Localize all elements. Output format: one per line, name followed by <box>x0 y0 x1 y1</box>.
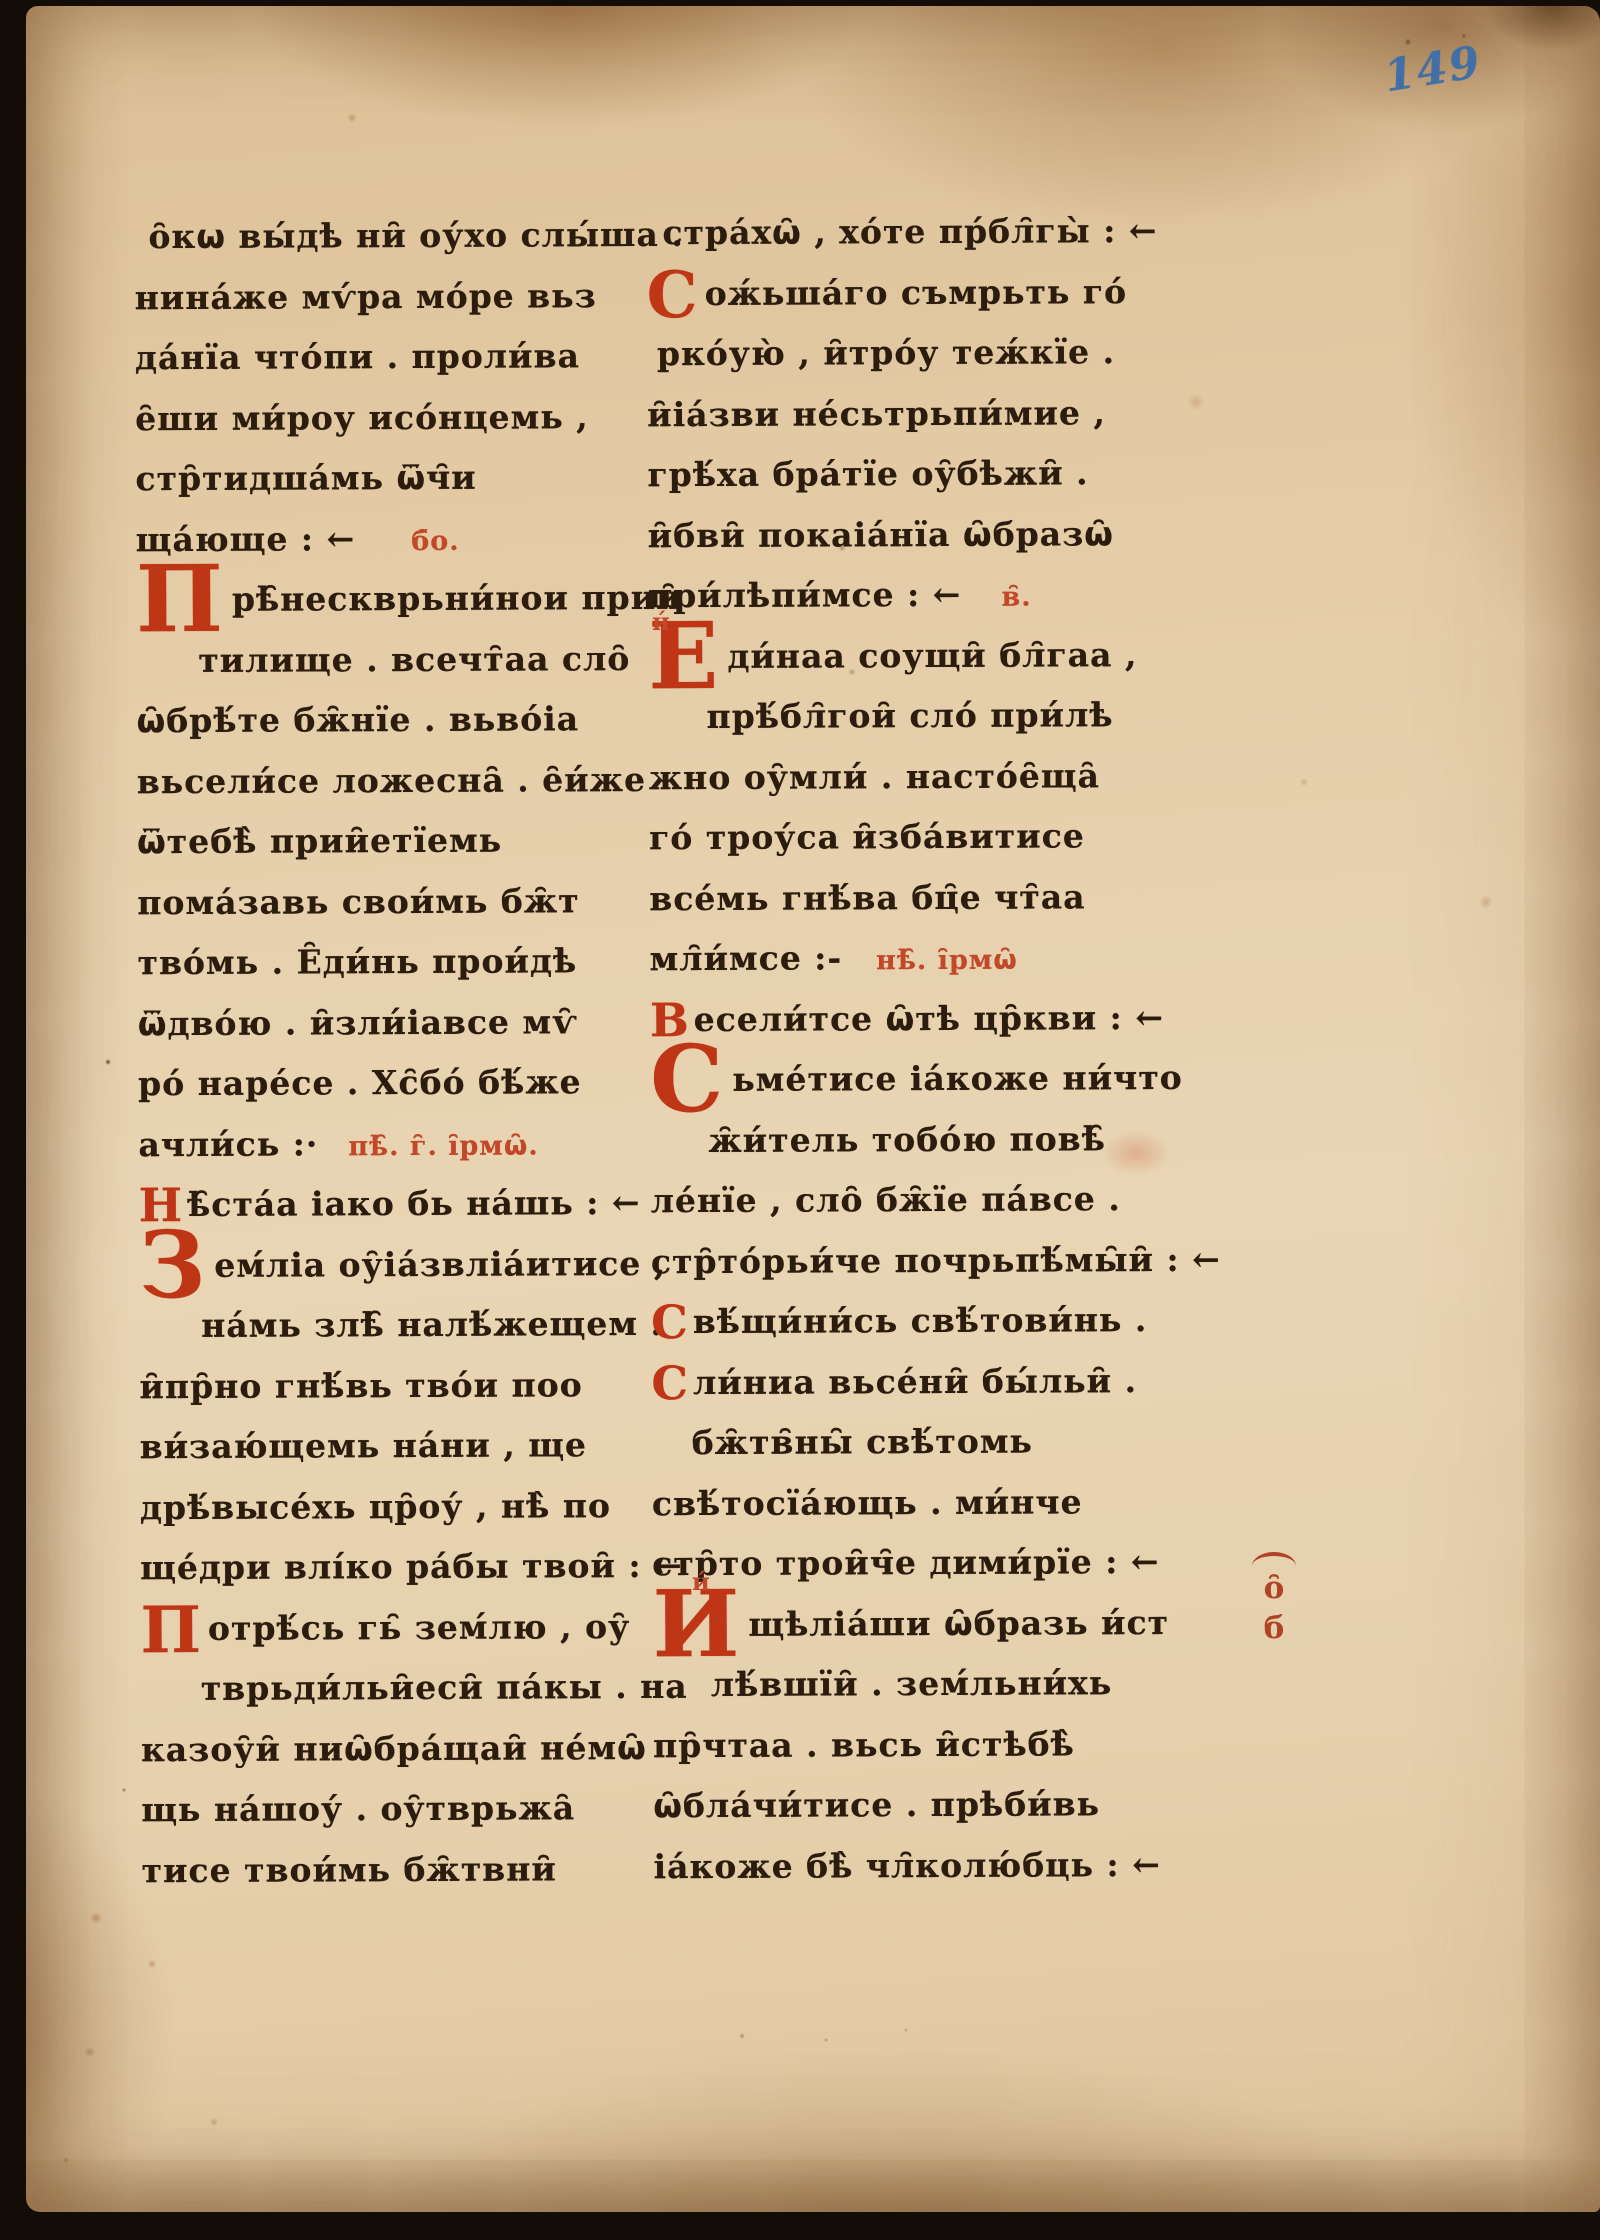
text-run: есели́тсе ѡ̑тѣ цр̑кви : ← <box>694 998 1164 1039</box>
manuscript-line: щь на́шоу́ . оу̑тврьжа̑ <box>141 1778 691 1841</box>
manuscript-line: пома́завь свои́мь бж̑т <box>137 870 687 933</box>
manuscript-line: нина́же мѵ́ра мо́ре вьз <box>135 265 685 328</box>
text-column-left: о̑кѡ вы́дѣ ни̑ оу́хо слы́ша .нина́же мѵ́… <box>134 205 691 1901</box>
manuscript-line: мл̑и́мсе :-нѣ̑. і̑рмѡ̑ <box>649 927 1219 990</box>
text-run: ж̑и́тель тобо́ю повѣ̑ <box>708 1119 1106 1160</box>
text-run: вѣ́щи́ни́сь свѣ́тови́нь . <box>693 1300 1148 1341</box>
manuscript-line: ле́нїе , сло̑ бж̑їе па́все . <box>651 1169 1221 1232</box>
text-run: свѣ́тосїа́ющь . ми́нче <box>652 1482 1083 1523</box>
text-run: и̑іа́зви не́сьтрьпи́мие , <box>647 393 1106 434</box>
manuscript-line: Еди́наа соущи̑ бл̑гаа , <box>648 624 1218 687</box>
manuscript-line: рко́ую̀ , и̑тро́у теж́кїе . <box>647 322 1217 385</box>
manuscript-line: ж̑и́тель тобо́ю повѣ̑ <box>650 1108 1220 1171</box>
manuscript-line: и̑бви̑ покаіа́нїа ѡ̑бразѡ̑ <box>648 503 1218 566</box>
text-run: вьсели́се ложесна̑ . е̑и́же <box>137 759 646 800</box>
text-run: ѣ̑ста́а іако бь на́шь : ← <box>187 1183 641 1224</box>
rubric-run: пѣ̑. г̑. і̑рмѡ̑. <box>348 1130 538 1162</box>
manuscript-line: и̑пр̑но гнѣ́вь тво́и поо <box>139 1354 689 1417</box>
manuscript-line: ѿдво́ю . и̑зли́іавсе мѵ̑ <box>138 991 688 1054</box>
manuscript-line: тво́мь . Е̑ди́нь прои́дѣ <box>137 931 687 994</box>
text-run: ѡ̑бла́чи́тисе . прѣби́вь <box>653 1784 1100 1825</box>
manuscript-line: вьсели́се ложесна̑ . е̑и́же <box>137 749 687 812</box>
text-run: ро́ наре́се . Хс̑бо́ бѣ́же <box>138 1062 582 1103</box>
text-run: грѣ́ха бра́тїе оу̑бѣжи̑ . <box>647 453 1088 494</box>
text-run: ще́дри влі́ко ра́бы твои̑ : ← <box>140 1546 683 1587</box>
gloss-arc-mark <box>1252 1552 1296 1566</box>
manuscript-line: Ищѣліа́ши ѡ̑бразь и́ст <box>652 1592 1222 1655</box>
text-run: тилище . всечт̑аа сло̑ <box>198 639 630 680</box>
manuscript-line: Прѣ̑нескврьни́нои прии̑ <box>136 568 686 631</box>
text-run: го́ троу́са и̑зба́витисе <box>649 816 1085 857</box>
text-run: рко́ую̀ , и̑тро́у теж́кїе . <box>657 332 1115 373</box>
text-run: и̑бви̑ покаіа́нїа ѡ̑бразѡ̑ <box>648 514 1114 555</box>
manuscript-line: стра́хѡ̑ , хо́те пр́бл̑гы̀ : ← <box>646 201 1216 264</box>
manuscript-line: казоу̑и̑ ниѡ̑бра́щаи̑ не́мѡ̑ <box>141 1717 691 1780</box>
manuscript-line: грѣ́ха бра́тїе оу̑бѣжи̑ . <box>647 443 1217 506</box>
manuscript-line: Потрѣ́сь гь̑ зем́лю , оу̑ <box>140 1596 690 1659</box>
text-run: лѣ́вшїи̑ . зем́льни́хь <box>711 1663 1113 1704</box>
manuscript-line: тврьди́льи̑еси̑ па́кы . на <box>141 1657 691 1720</box>
manuscript-line: ѿтебѣ̀ прии̑етїемь <box>137 810 687 873</box>
text-run: ли́ниа вьсе́ни̑ бы́льи̑ . <box>693 1361 1137 1402</box>
manuscript-line: Зем́ліа оу̑іа́звліа́итисе , <box>139 1233 689 1296</box>
text-run: рѣ̑нескврьни́нои прии̑ <box>232 578 682 619</box>
manuscript-line: ачли́сь :·пѣ̑. г̑. і̑рмѡ̑. <box>138 1112 688 1175</box>
text-run: ѡ̑брѣ́те бж̑нїе . вьво́іа <box>136 699 579 740</box>
manuscript-line: ро́ наре́се . Хс̑бо́ бѣ́же <box>138 1052 688 1115</box>
text-run: бж̑тв̑ны̑ свѣ́томь <box>692 1422 1033 1462</box>
manuscript-line: іа́коже бѣ̀ чл̑колю́бць : ← <box>653 1834 1223 1897</box>
manuscript-line: при́лѣпи́мсе : ←в̑. <box>648 564 1218 627</box>
manuscript-line: Сьме́тисе іа́коже ни́что <box>650 1048 1220 1111</box>
red-accent-mark-lower: и́ <box>692 1572 710 1592</box>
text-run: ем́ліа оу̑іа́звліа́итисе , <box>214 1243 666 1284</box>
rubric-run: нѣ̑. і̑рмѡ̑ <box>876 945 1018 977</box>
text-run: стра́хѡ̑ , хо́те пр́бл̑гы̀ : ← <box>662 211 1157 252</box>
text-run: ѿтебѣ̀ прии̑етїемь <box>137 821 502 862</box>
text-run: е̑ши ми́роу исо́нцемь , <box>135 397 589 438</box>
manuscript-line: Свѣ́щи́ни́сь свѣ́тови́нь . <box>651 1290 1221 1353</box>
text-run: ви́заю́щемь на́ни , ще <box>140 1425 587 1466</box>
manuscript-line: дрѣ́высе́хь цр̑оу́ , нѣ̀ по <box>140 1475 690 1538</box>
text-run: казоу̑и̑ ниѡ̑бра́щаи̑ не́мѡ̑ <box>141 1727 647 1768</box>
text-run: іа́коже бѣ̀ чл̑колю́бць : ← <box>653 1845 1160 1886</box>
manuscript-line: ще́дри влі́ко ра́бы твои̑ : ← <box>140 1536 690 1599</box>
text-run: ож́ьша́го съмрьть го́ <box>705 272 1128 313</box>
text-run: тисе твои́мь бж̑твни̑ <box>141 1849 556 1890</box>
text-run: о̑кѡ вы́дѣ ни̑ оу́хо слы́ша . <box>148 215 684 256</box>
manuscript-line: е̑ши ми́роу исо́нцемь , <box>135 386 685 449</box>
marginal-red-gloss: о̑ б <box>1248 1552 1300 1648</box>
manuscript-line: тисе твои́мь бж̑твни̑ <box>141 1838 691 1901</box>
text-run: ьме́тисе іа́коже ни́что <box>732 1058 1183 1099</box>
manuscript-line: прѣ́бл̑гои̑ сло́ при́лѣ <box>648 685 1218 748</box>
text-run: пома́завь свои́мь бж̑т <box>137 881 579 922</box>
text-run: да́нїа что́пи . проли́ва <box>135 336 580 377</box>
text-run: стр̑то́рьи́че почрьпѣ́мы̑и̑ : ← <box>651 1239 1221 1280</box>
manuscript-line: жно оу̑мли́ . насто́е̑ща̑ <box>649 745 1219 808</box>
manuscript-line: все́мь гнѣ́ва бц̑е чт̑аа <box>649 866 1219 929</box>
manuscript-photo: 149 о̑кѡ вы́дѣ ни̑ оу́хо слы́ша .нина́же… <box>0 0 1600 2240</box>
manuscript-line: Сли́ниа вьсе́ни̑ бы́льи̑ . <box>651 1350 1221 1413</box>
manuscript-line: ѡ̑брѣ́те бж̑нїе . вьво́іа <box>136 689 686 752</box>
manuscript-line: ѡ̑бла́чи́тисе . прѣби́вь <box>653 1774 1223 1837</box>
text-run: прѣ́бл̑гои̑ сло́ при́лѣ <box>706 695 1113 736</box>
gloss-letter-top: о̑ <box>1264 1570 1285 1606</box>
text-run: все́мь гнѣ́ва бц̑е чт̑аа <box>649 877 1085 918</box>
manuscript-line: да́нїа что́пи . проли́ва <box>135 326 685 389</box>
manuscript-line: бж̑тв̑ны̑ свѣ́томь <box>652 1411 1222 1474</box>
text-column-right: стра́хѡ̑ , хо́те пр́бл̑гы̀ : ←Сож́ьша́го… <box>646 201 1223 1897</box>
gloss-letter-bottom: б <box>1264 1610 1285 1646</box>
text-run: отрѣ́сь гь̑ зем́лю , оу̑ <box>208 1607 630 1648</box>
rubric-run: в̑. <box>1001 582 1031 613</box>
manuscript-line: стр̑тидша́мь ѿч̑и <box>135 447 685 510</box>
manuscript-line: Нѣ̑ста́а іако бь на́шь : ← <box>139 1173 689 1236</box>
rubric-run: б̑о. <box>411 525 460 556</box>
text-run: ѿдво́ю . и̑зли́іавсе мѵ̑ <box>138 1002 578 1043</box>
manuscript-line: Сож́ьша́го съмрьть го́ <box>647 261 1217 324</box>
text-run: тво́мь . Е̑ди́нь прои́дѣ <box>138 941 578 982</box>
manuscript-line: Весели́тсе ѡ̑тѣ цр̑кви : ← <box>650 987 1220 1050</box>
manuscript-line: стр̑то́рьи́че почрьпѣ́мы̑и̑ : ← <box>651 1229 1221 1292</box>
manuscript-line: го́ троу́са и̑зба́витисе <box>649 806 1219 869</box>
manuscript-line: ви́заю́щемь на́ни , ще <box>140 1415 690 1478</box>
text-run: пр̑чтаа . вьсь и̑стѣбѣ̀ <box>653 1724 1075 1765</box>
manuscript-line: на́мь злѣ̑ налѣ́жещем . <box>139 1294 689 1357</box>
manuscript-line: и̑іа́зви не́сьтрьпи́мие , <box>647 382 1217 445</box>
text-run: жно оу̑мли́ . насто́е̑ща̑ <box>649 756 1100 797</box>
text-run: мл̑и́мсе :- <box>650 938 843 978</box>
manuscript-line: о̑кѡ вы́дѣ ни̑ оу́хо слы́ша . <box>134 205 684 268</box>
text-run: и̑пр̑но гнѣ́вь тво́и поо <box>139 1365 582 1406</box>
text-run: ачли́сь :· <box>138 1124 318 1164</box>
text-run: ди́наа соущи̑ бл̑гаа , <box>727 635 1137 676</box>
text-run: щѣліа́ши ѡ̑бразь и́ст <box>748 1602 1169 1643</box>
text-run: нина́же мѵ́ра мо́ре вьз <box>135 276 597 317</box>
text-run: стр̑тидша́мь ѿч̑и <box>135 458 476 498</box>
text-run: тврьди́льи̑еси̑ па́кы . на <box>201 1667 688 1708</box>
text-run: дрѣ́высе́хь цр̑оу́ , нѣ̀ по <box>140 1486 611 1527</box>
manuscript-line: пр̑чтаа . вьсь и̑стѣбѣ̀ <box>653 1713 1223 1776</box>
red-accent-mark-upper: и́ <box>652 612 670 632</box>
text-run: ле́нїе , сло̑ бж̑їе па́все . <box>651 1179 1121 1220</box>
text-run: щь на́шоу́ . оу̑тврьжа̑ <box>141 1788 575 1829</box>
manuscript-line: свѣ́тосїа́ющь . ми́нче <box>652 1471 1222 1534</box>
text-run: на́мь злѣ̑ налѣ́жещем . <box>201 1304 663 1345</box>
